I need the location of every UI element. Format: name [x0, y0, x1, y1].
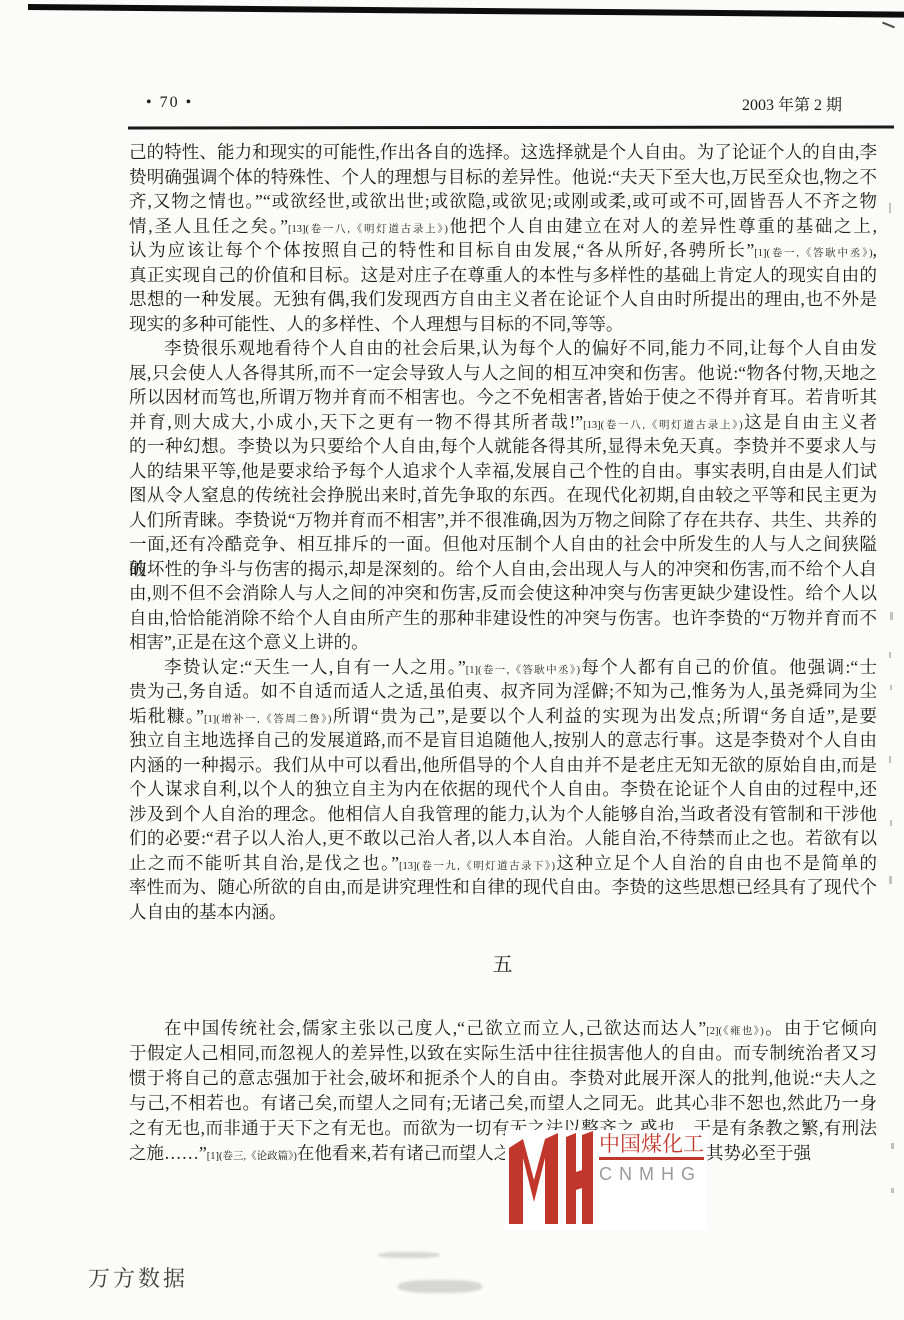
cnmhg-logo-icon	[509, 1128, 593, 1224]
text-segment: 人的结果平等,他是要求给予每个人追求个人幸福,发展自己个性的自由。事实表明,自由…	[129, 461, 877, 481]
edge-artifact	[889, 203, 891, 213]
edge-artifact	[891, 1143, 894, 1149]
section-heading: 五	[129, 948, 877, 977]
text-segment: 这种立足个人自治的自由也不是简单的	[555, 853, 877, 873]
top-scan-bar	[28, 4, 904, 18]
text-segment: 思想的一种发展。无独有偶,我们发现西方自由主义者在论证个人自由时所提出的理由,也…	[129, 289, 877, 309]
text-line: 破坏性的争斗与伤害的揭示,却是深刻的。给个人自由,会出现人与人的冲突和伤害,而不…	[129, 557, 877, 582]
edge-artifact	[891, 1188, 894, 1193]
text-line: 所以因材而笃也,所谓万物并育而不相害也。今之不免相害者,皆始于使之不得并育耳。若…	[129, 385, 877, 410]
issue-label: 2003 年第 2 期	[742, 92, 842, 115]
edge-artifact	[889, 876, 892, 884]
text-line: 的一种幻想。李贽以为只要给个人自由,每个人就能各得其所,显得未免天真。李贽并不要…	[129, 434, 877, 459]
text-segment: 内涵的一种揭示。我们从中可以看出,他所倡导的个人自由并不是老庄无知无欲的原始自由…	[129, 755, 877, 775]
text-segment: 止之而不能听其自治,是伐之也。”	[129, 853, 399, 873]
edge-artifact	[890, 612, 893, 620]
text-segment: 认为应该让每个个体按照自己的特性和目标自由发展,“各从所好,各骋所长”	[129, 240, 754, 260]
text-segment: 所以因材而笃也,所谓万物并育而不相害也。今之不免相害者,皆始于使之不得并育耳。若…	[129, 387, 877, 407]
text-after-watermark: 其势必至于强	[706, 1141, 811, 1166]
citation: [13](卷一九,《明灯道古录下》)	[399, 861, 555, 872]
text-segment: 每个人都有自己的价值。他强调:“士	[580, 657, 877, 677]
text-line: 并育,则大成大,小成小,天下之更有一物不得其所者哉!”[13](卷一八,《明灯道…	[129, 410, 877, 435]
text-segment: 垢秕糠。”	[129, 706, 204, 726]
text-line: 齐,又物之情也。”“或欲经世,或欲出世;或欲隐,或欲见;或刚或柔,或可或不可,固…	[129, 189, 877, 214]
watermark: 中国煤化工 CNMHG	[505, 1130, 707, 1230]
text-segment: 己的特性、能力和现实的可能性,作出各自的选择。这选择就是个人自由。为了论证个人的…	[129, 142, 877, 162]
watermark-cn-text: 中国煤化工	[599, 1134, 704, 1160]
text-line: 李贽很乐观地看待个人自由的社会后果,认为每个人的偏好不同,能力不同,让每个人自由…	[129, 336, 877, 361]
text-segment: 他把个人自由建立在对人的差异性尊重的基础之上,	[448, 216, 877, 236]
text-line: 李贽认定:“天生一人,自有一人之用。”[1](卷一,《答耿中丞》)每个人都有自己…	[129, 655, 877, 680]
text-line: 们的必要:“君子以人治人,更不敢以己治人者,以人本自治。人能自治,不待禁而止之也…	[129, 826, 877, 851]
text-line: 内涵的一种揭示。我们从中可以看出,他所倡导的个人自由并不是老庄无知无欲的原始自由…	[129, 753, 877, 778]
citation: [1](卷一,《答耿中丞》)	[754, 248, 872, 259]
text-segment: 真正实现自己的价值和目标。这是对庄子在尊重人的本性与多样性的基础上肯定人的现实自…	[129, 265, 877, 285]
text-line: 图从令人窒息的传统社会挣脱出来时,首先争取的东西。在现代化初期,自由较之平等和民…	[129, 483, 877, 508]
citation: [2](《雍也》)	[706, 1026, 764, 1037]
text-segment: 这是自由主义者	[743, 412, 877, 432]
edge-artifact	[890, 685, 892, 690]
text-line: 率性而为、随心所欲的自由,而是讲究理性和自律的现代自由。李贽的这些思想已经具有了…	[129, 875, 877, 900]
text-segment: 。由于它倾向	[764, 1018, 877, 1038]
text-segment: 在中国传统社会,儒家主张以己度人,“己欲立而立人,己欲达而达人”	[164, 1018, 706, 1038]
text-segment: 破坏性的争斗与伤害的揭示,却是深刻的。给个人自由,会出现人与人的冲突和伤害,而不…	[129, 559, 877, 579]
text-line: 在中国传统社会,儒家主张以己度人,“己欲立而立人,己欲达而达人”[2](《雍也》…	[129, 1016, 877, 1041]
citation: [1](卷一,《答耿中丞》)	[466, 665, 580, 676]
watermark-en-text: CNMHG	[599, 1164, 702, 1185]
citation: [1](增补一,《答周二鲁》)	[204, 714, 331, 725]
header-rule	[128, 125, 894, 129]
text-segment: 相害”,正是在这个意义上讲的。	[129, 632, 369, 652]
text-block-2: 在中国传统社会,儒家主张以己度人,“己欲立而立人,己欲达而达人”[2](《雍也》…	[129, 1016, 877, 1166]
text-segment: 现实的多种可能性、人的多样性、个人理想与目标的不同,等等。	[129, 314, 623, 334]
text-segment: 所谓“贵为己”,是要以个人利益的实现为出发点;所谓“务自适”,是要	[331, 706, 877, 726]
top-scan-mark	[882, 22, 895, 29]
text-segment: 人自由的基本内涵。	[129, 902, 287, 922]
text-segment: 的一种幻想。李贽以为只要给个人自由,每个人就能各得其所,显得未免天真。李贽并不要…	[129, 436, 877, 456]
text-line: 一面,还有冷酷竞争、相互排斥的一面。但他对压制个人自由的社会中所发生的人与人之间…	[129, 532, 877, 557]
text-line: 自由,恰恰能消除不给个人自由所产生的那种非建设性的冲突与伤害。也许李贽的“万物并…	[129, 606, 877, 631]
bottom-smudge	[378, 1252, 440, 1258]
text-segment: 贵为己,务自适。如不自适而适人之适,虽伯夷、叔齐同为淫僻;不知为己,惟务为人,虽…	[129, 681, 877, 701]
text-segment: 之施……”	[129, 1143, 207, 1163]
text-line: 之施……”[1](卷三,《论政篇》)在他看来,若有诸己而望人之其势必至于强	[129, 1141, 877, 1166]
text-segment: 在他看来,若有诸己而望人之	[297, 1143, 505, 1163]
text-line: 止之而不能听其自治,是伐之也。”[13](卷一九,《明灯道古录下》)这种立足个人…	[129, 851, 877, 876]
text-segment: 展,只会使人人各得其所,而不一定会导致人与人之间的相互冲突和伤害。他说:“物各付…	[129, 363, 877, 383]
text-segment: 图从令人窒息的传统社会挣脱出来时,首先争取的东西。在现代化初期,自由较之平等和民…	[129, 485, 877, 505]
citation: [1](卷三,《论政篇》)	[207, 1151, 297, 1162]
text-segment: 齐,又物之情也。”“或欲经世,或欲出世;或欲隐,或欲见;或刚或柔,或可或不可,固…	[129, 191, 877, 211]
text-segment: 个人谋求自利,以个人的独立自主为内在依据的现代个人自由。李贽在论证个人自由的过程…	[129, 779, 877, 799]
text-segment: 并育,则大成大,小成小,天下之更有一物不得其所者哉!”	[129, 412, 583, 432]
text-line: 现实的多种可能性、人的多样性、个人理想与目标的不同,等等。	[129, 312, 877, 337]
text-line: 相害”,正是在这个意义上讲的。	[129, 630, 877, 655]
text-segment: 贽明确强调个体的特殊性、个人的理想与目标的差异性。他说:“夫天下至大也,万民至众…	[129, 167, 877, 187]
citation: [13](卷一八,《明灯道古录上》)	[288, 224, 448, 235]
text-block-1: 己的特性、能力和现实的可能性,作出各自的选择。这选择就是个人自由。为了论证个人的…	[129, 140, 877, 924]
text-segment: 李贽认定:“天生一人,自有一人之用。”	[164, 657, 466, 677]
text-segment: 之有无也,而非通于天下之有无也。而欲为一切有无之法以整齐之,惑也。于是有条教之繁…	[129, 1118, 877, 1138]
text-line: 由,则不但不会消除人与人之间的冲突和伤害,反而会使这种冲突与伤害更缺少建设性。给…	[129, 581, 877, 606]
text-segment: 与己,不相若也。有诸己矣,而望人之同有;无诸己矣,而望人之同无。此其心非不恕也,…	[129, 1093, 877, 1113]
text-line: 个人谋求自利,以个人的独立自主为内在依据的现代个人自由。李贽在论证个人自由的过程…	[129, 777, 877, 802]
text-line: 人自由的基本内涵。	[129, 900, 877, 925]
text-segment: 们的必要:“君子以人治人,更不敢以己治人者,以人本自治。人能自治,不待禁而止之也…	[129, 828, 877, 848]
text-line: 展,只会使人人各得其所,而不一定会导致人与人之间的相互冲突和伤害。他说:“物各付…	[129, 361, 877, 386]
text-segment: 自由,恰恰能消除不给个人自由所产生的那种非建设性的冲突与伤害。也许李贽的“万物并…	[129, 608, 877, 628]
text-line: 涉及到个人自治的理念。他相信人自我管理的能力,认为个人能够自治,当政者没有管制和…	[129, 802, 877, 827]
text-segment: 于假定人己相同,而忽视人的差异性,以致在实际生活中往往损害他人的自由。而专制统治…	[129, 1043, 877, 1063]
text-segment: 情,圣人且任之矣。”	[129, 216, 288, 236]
text-line: 情,圣人且任之矣。”[13](卷一八,《明灯道古录上》)他把个人自由建立在对人的…	[129, 214, 877, 239]
text-line: 之有无也,而非通于天下之有无也。而欲为一切有无之法以整齐之,惑也。于是有条教之繁…	[129, 1116, 877, 1141]
text-line: 垢秕糠。”[1](增补一,《答周二鲁》)所谓“贵为己”,是要以个人利益的实现为出…	[129, 704, 877, 729]
text-segment: ,	[873, 240, 877, 260]
text-line: 独立自主地选择自己的发展道路,而不是盲目追随他人,按别人的意志行事。这是李贽对个…	[129, 728, 877, 753]
edge-artifact	[890, 820, 892, 826]
text-line: 与己,不相若也。有诸己矣,而望人之同有;无诸己矣,而望人之同无。此其心非不恕也,…	[129, 1091, 877, 1116]
text-segment: 率性而为、随心所欲的自由,而是讲究理性和自律的现代自由。李贽的这些思想已经具有了…	[129, 877, 877, 897]
text-line: 真正实现自己的价值和目标。这是对庄子在尊重人的本性与多样性的基础上肯定人的现实自…	[129, 263, 877, 288]
text-line: 认为应该让每个个体按照自己的特性和目标自由发展,“各从所好,各骋所长”[1](卷…	[129, 238, 877, 263]
edge-artifact	[889, 756, 891, 763]
text-segment: 由,则不但不会消除人与人之间的冲突和伤害,反而会使这种冲突与伤害更缺少建设性。给…	[129, 583, 877, 603]
text-line: 人们所青睐。李贽说“万物并育而不相害”,并不很准确,因为万物之间除了存在共存、共…	[129, 508, 877, 533]
scanned-page: { "page": { "top_left_page_number": "• 7…	[0, 0, 904, 1320]
text-segment: 惯于将自己的意志强加于社会,破坏和扼杀个人的自由。李贽对此展开深人的批判,他说:…	[129, 1068, 877, 1088]
text-line: 贽明确强调个体的特殊性、个人的理想与目标的差异性。他说:“夫天下至大也,万民至众…	[129, 165, 877, 190]
text-line: 己的特性、能力和现实的可能性,作出各自的选择。这选择就是个人自由。为了论证个人的…	[129, 140, 877, 165]
text-line: 思想的一种发展。无独有偶,我们发现西方自由主义者在论证个人自由时所提出的理由,也…	[129, 287, 877, 312]
citation: [13](卷一八,《明灯道古录上》)	[583, 420, 742, 431]
clipped-text: 之施……”[1](卷三,《论政篇》)在他看来,若有诸己而望人之	[129, 1141, 505, 1169]
text-line: 惯于将自己的意志强加于社会,破坏和扼杀个人的自由。李贽对此展开深人的批判,他说:…	[129, 1066, 877, 1091]
text-line: 人的结果平等,他是要求给予每个人追求个人幸福,发展自己个性的自由。事实表明,自由…	[129, 459, 877, 484]
text-segment: 人们所青睐。李贽说“万物并育而不相害”,并不很准确,因为万物之间除了存在共存、共…	[129, 510, 877, 530]
edge-artifact	[889, 652, 891, 658]
text-segment: 涉及到个人自治的理念。他相信人自我管理的能力,认为个人能够自治,当政者没有管制和…	[129, 804, 877, 824]
bottom-smudge	[398, 1280, 482, 1293]
footer-brand: 万方数据	[88, 1262, 188, 1293]
page-number: • 70 •	[146, 94, 193, 112]
text-line: 于假定人己相同,而忽视人的差异性,以致在实际生活中往往损害他人的自由。而专制统治…	[129, 1041, 877, 1066]
text-segment: 李贽很乐观地看待个人自由的社会后果,认为每个人的偏好不同,能力不同,让每个人自由…	[164, 338, 877, 358]
text-line: 贵为己,务自适。如不自适而适人之适,虽伯夷、叔齐同为淫僻;不知为己,惟务为人,虽…	[129, 679, 877, 704]
text-segment: 独立自主地选择自己的发展道路,而不是盲目追随他人,按别人的意志行事。这是李贽对个…	[129, 730, 877, 750]
